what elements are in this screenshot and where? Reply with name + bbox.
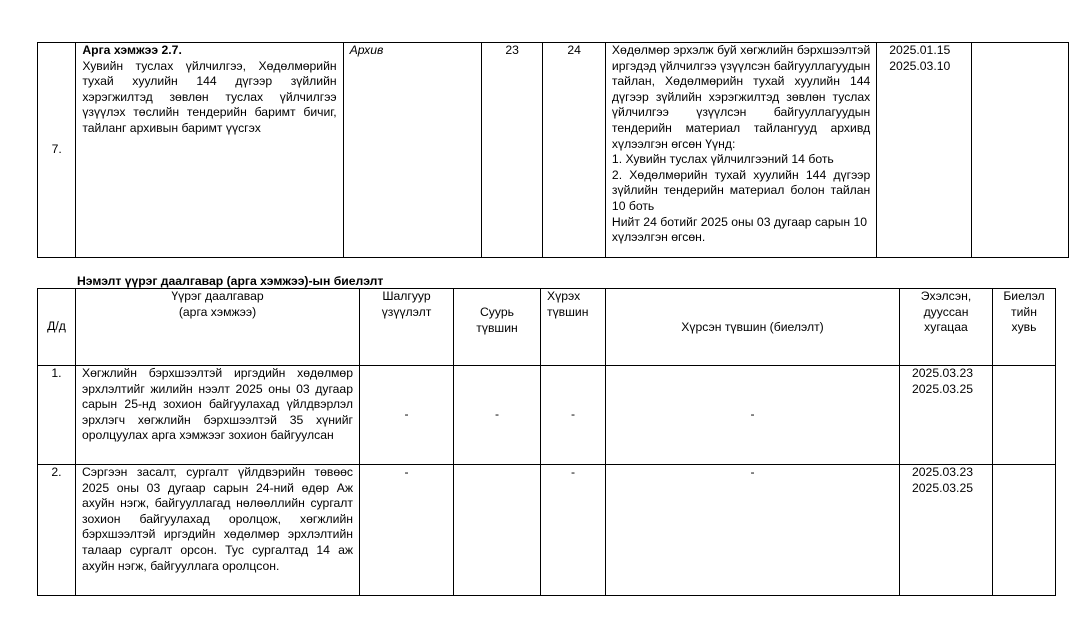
percent-cell [993,366,1056,465]
header-baseline-line: түвшин [460,321,534,337]
date-end: 2025.03.25 [912,382,986,398]
header-period-line: хугацаа [906,320,986,336]
result-summary: Нийт 24 ботийг 2025 оны 03 дугаар сарын … [612,215,870,246]
baseline-cell: 23 [481,43,543,258]
date-start: 2025.03.23 [912,465,986,481]
measure-cell: Арга хэмжээ 2.7. Хувийн туслах үйлчилгээ… [76,43,343,258]
target-cell: - [541,465,606,596]
task-cell: Хөгжлийн бэрхшээлтэй иргэдийн хөдөлмөр э… [76,366,360,465]
header-percent-line: Биелэл [999,289,1049,305]
result-cell: - [606,366,900,465]
header-target-line: түвшин [547,305,599,321]
table-row: 1. Хөгжлийн бэрхшээлтэй иргэдийн хөдөлмө… [38,366,1056,465]
header-percent-line: хувь [999,320,1049,336]
date-start: 2025.03.23 [912,366,986,382]
row-number: 2. [38,465,76,596]
table-row: 2. Сэргээн засалт, сургалт үйлдвэрийн тө… [38,465,1056,596]
period-cell: 2025.01.15 2025.03.10 [877,43,972,258]
header-row: Д/д Үүрэг даалгавар (арга хэмжээ) Шалгуу… [38,289,1056,366]
header-task-line: Үүрэг даалгавар [82,289,353,305]
date-end: 2025.03.10 [889,59,965,75]
header-target-line: Хүрэх [547,289,599,305]
result-cell: Хөдөлмөр эрхэлж буй хөгжлийн бэрхшээлтэй… [605,43,876,258]
row-number: 7. [38,43,76,258]
header-period: Эхэлсэн, дууссан хугацаа [900,289,993,366]
header-period-line: Эхэлсэн, [906,289,986,305]
baseline-cell: - [454,366,541,465]
header-percent-line: тийн [999,305,1049,321]
additional-tasks-table: Д/д Үүрэг даалгавар (арга хэмжээ) Шалгуу… [37,288,1056,596]
header-baseline: Суурь түвшин [454,289,541,366]
measures-table: 7. Арга хэмжээ 2.7. Хувийн туслах үйлчил… [37,42,1069,258]
table-row: 7. Арга хэмжээ 2.7. Хувийн туслах үйлчил… [38,43,1069,258]
indicator-cell: - [360,366,454,465]
measure-title: Арга хэмжээ 2.7. [82,43,336,59]
row-number: 1. [38,366,76,465]
period-cell: 2025.03.23 2025.03.25 [900,366,993,465]
task-cell: Сэргээн засалт, сургалт үйлдвэрийн төвөө… [76,465,360,596]
period-cell: 2025.03.23 2025.03.25 [900,465,993,596]
header-indicator: Шалгуур үзүүлэлт [360,289,454,366]
target-cell: - [541,366,606,465]
target-cell: 24 [543,43,606,258]
header-indicator-line: үзүүлэлт [366,305,447,321]
header-task-line: (арга хэмжээ) [82,305,353,321]
baseline-cell [454,465,541,596]
header-result: Хүрсэн түвшин (биелэлт) [606,289,900,366]
header-indicator-line: Шалгуур [366,289,447,305]
date-end: 2025.03.25 [912,481,986,497]
header-percent: Биелэл тийн хувь [993,289,1056,366]
percent-cell [972,43,1069,258]
indicator-cell: Архив [343,43,481,258]
header-baseline-line: Суурь [460,305,534,321]
header-target: Хүрэх түвшин [541,289,606,366]
header-period-line: дууссан [906,305,986,321]
percent-cell [993,465,1056,596]
header-number: Д/д [38,289,76,366]
date-start: 2025.01.15 [889,43,965,59]
indicator-cell: - [360,465,454,596]
result-item: 1. Хувийн туслах үйлчилгээний 14 боть [612,152,870,168]
result-paragraph: Хөдөлмөр эрхэлж буй хөгжлийн бэрхшээлтэй… [612,43,870,152]
result-item: 2. Хөдөлмөрийн тухай хуулийн 144 дүгээр … [612,168,870,215]
header-task: Үүрэг даалгавар (арга хэмжээ) [76,289,360,366]
measure-text: Хувийн туслах үйлчилгээ, Хөдөлмөрийн тух… [82,59,336,137]
result-cell: - [606,465,900,596]
